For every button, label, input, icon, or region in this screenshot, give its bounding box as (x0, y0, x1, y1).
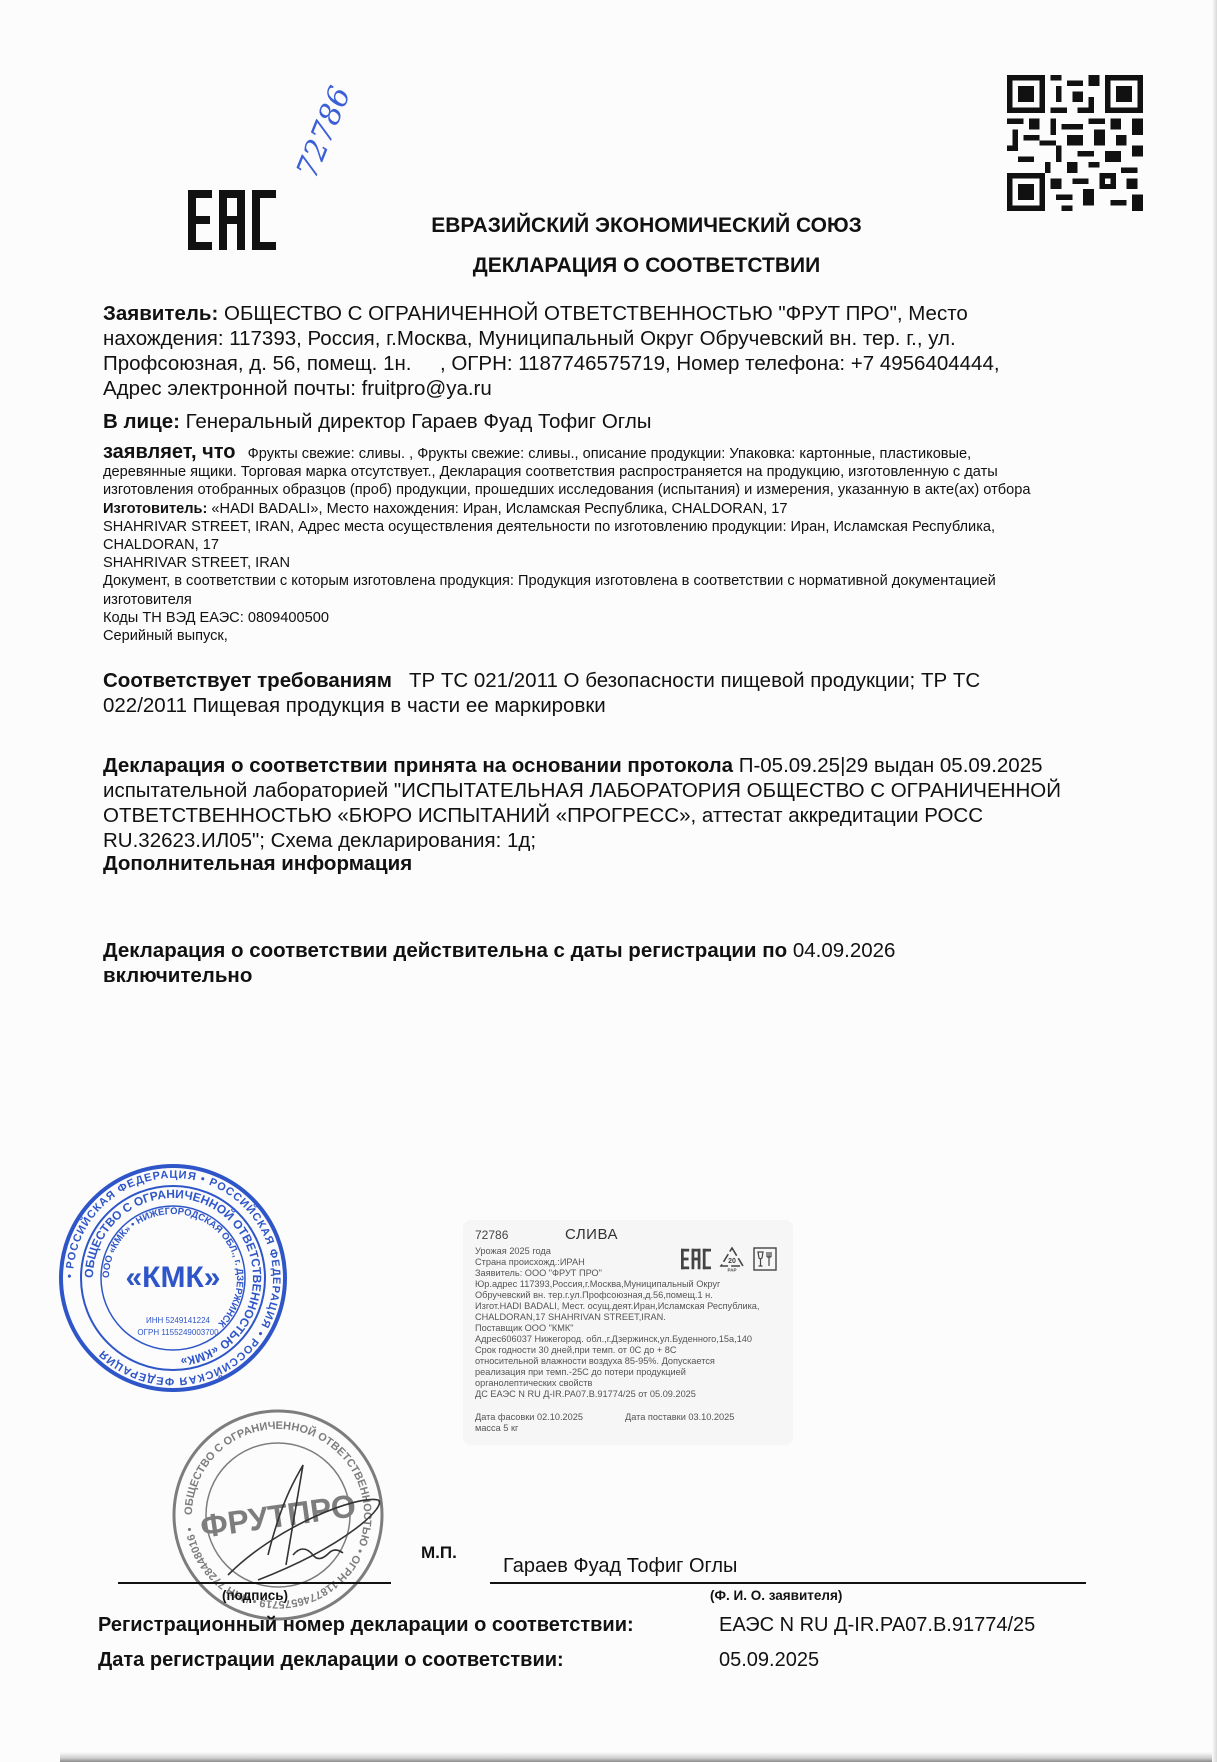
manufacturer-line: SHAHRIVAR STREET, IRAN, Адрес места осущ… (103, 518, 1133, 536)
validity-suffix: включительно (103, 963, 1103, 988)
label-line: Заявитель: ООО "ФРУТ ПРО" (475, 1268, 795, 1279)
label-delivery-date: Дата поставки 03.10.2025 (625, 1412, 734, 1423)
label-product-name: СЛИВА (565, 1229, 618, 1240)
manufacturer-line: CHALDORAN, 17 (103, 536, 1133, 554)
person-value: Генеральный директор Гараев Фуад Тофиг О… (180, 410, 652, 433)
declares-line: изготовления отобранных образцов (проб) … (103, 481, 1133, 499)
serial-release-line: Серийный выпуск, (103, 627, 1133, 645)
applicant-line: ОБЩЕСТВО С ОГРАНИЧЕННОЙ ОТВЕТСТВЕННОСТЬЮ… (218, 302, 967, 325)
label-line: Адрес606037 Нижегород. обл.,г.Дзержинск,… (475, 1334, 795, 1345)
declares-label: заявляет, что (103, 441, 236, 463)
label-line: Юр.адрес 117393,Россия,г.Москва,Муниципа… (475, 1279, 795, 1290)
applicant-line: Адрес электронной почты: fruitpro@ya.ru (103, 376, 1123, 401)
manufacturer-label: Изготовитель: (103, 501, 207, 517)
applicant-line: нахождения: 117393, Россия, г.Москва, Му… (103, 326, 1123, 351)
person-section: В лице: Генеральный директор Гараев Фуад… (103, 409, 1123, 434)
protocol-line: испытательной лабораторией "ИСПЫТАТЕЛЬНА… (103, 778, 1113, 803)
label-line: Обручевский вн. тер.г.ул.Профсоюзная,д.5… (475, 1290, 795, 1301)
label-lines: Урожая 2025 года Страна происхожд.:ИРАН … (475, 1246, 795, 1400)
product-label: 72786 СЛИВА 20 PAP Урожая 2025 года Стра… (463, 1220, 793, 1445)
declares-line: Фрукты свежие: сливы. , Фрукты свежие: с… (236, 446, 972, 462)
label-packing-date: Дата фасовки 02.10.2025 (475, 1412, 625, 1423)
scan-edge-bottom (60, 1752, 1217, 1762)
kmk-stamp-icon: • РОССИЙСКАЯ ФЕДЕРАЦИЯ • РОССИЙСКАЯ ФЕДЕ… (58, 1163, 288, 1393)
seal-place-mark: М.П. (421, 1543, 457, 1563)
declares-section: заявляет, что Фрукты свежие: сливы. , Фр… (103, 443, 1133, 645)
svg-text:ИНН 5249141224: ИНН 5249141224 (146, 1316, 211, 1325)
signer-name: Гараев Фуад Тофиг Оглы (503, 1555, 737, 1578)
protocol-line: ОТВЕТСТВЕННОСТЬЮ «БЮРО ИСПЫТАНИЙ «ПРОГРЕ… (103, 803, 1113, 828)
document-basis-line: изготовителя (103, 591, 1133, 609)
document-title: ДЕКЛАРАЦИЯ О СООТВЕТСТВИИ (0, 254, 1217, 278)
label-line: Изгот.HADI BADALI, Мест. осущ.деят.Иран,… (475, 1301, 795, 1312)
label-mass: масса 5 кг (475, 1423, 518, 1434)
applicant-label: Заявитель: (103, 302, 218, 325)
protocol-line: RU.32623.ИЛ05"; Схема декларирования: 1д… (103, 828, 1113, 853)
qr-code-icon (1007, 75, 1143, 211)
applicant-section: Заявитель: ОБЩЕСТВО С ОГРАНИЧЕННОЙ ОТВЕТ… (103, 301, 1123, 401)
name-caption: (Ф. И. О. заявителя) (710, 1588, 842, 1603)
label-line: CHALDORAN,17 SHAHRIVAN STREET,IRAN. (475, 1312, 795, 1323)
name-line (490, 1582, 1086, 1584)
document-basis-line: Документ, в соответствии с которым изгот… (103, 572, 1133, 590)
registration-number-value: ЕАЭС N RU Д-IR.РА07.В.91774/25 (719, 1614, 1035, 1637)
signature-caption: (подпись) (222, 1588, 288, 1603)
svg-text:ОГРН 1155249003700: ОГРН 1155249003700 (137, 1328, 219, 1337)
declares-line: деревянные ящики. Торговая марка отсутст… (103, 463, 1133, 481)
kmk-stamp: • РОССИЙСКАЯ ФЕДЕРАЦИЯ • РОССИЙСКАЯ ФЕДЕ… (58, 1163, 288, 1393)
label-line: Страна происхожд.:ИРАН (475, 1257, 795, 1268)
registration-date-value: 05.09.2025 (719, 1649, 819, 1672)
label-dates: Дата фасовки 02.10.2025 Дата поставки 03… (475, 1412, 795, 1423)
handwritten-number: 72786 (290, 82, 358, 184)
label-line: ДС ЕАЭС N RU Д-IR.РА07.В.91774/25 от 05.… (475, 1389, 795, 1400)
protocol-section: Декларация о соответствии принята на осн… (103, 753, 1113, 853)
conforms-label: Соответствует требованиям (103, 669, 392, 692)
validity-date: 04.09.2026 (787, 939, 895, 962)
protocol-label: Декларация о соответствии принята на осн… (103, 754, 733, 777)
registration-number-label: Регистрационный номер декларации о соотв… (98, 1614, 634, 1637)
union-heading: ЕВРАЗИЙСКИЙ ЭКОНОМИЧЕСКИЙ СОЮЗ (0, 214, 1217, 238)
label-number: 72786 (475, 1230, 508, 1241)
scan-edge-right (1212, 0, 1217, 1762)
manufacturer-line: SHAHRIVAR STREET, IRAN (103, 554, 1133, 572)
label-line: органолептических свойств (475, 1378, 795, 1389)
label-line: реализация при темп.-25С до потери проду… (475, 1367, 795, 1378)
validity-section: Декларация о соответствии действительна … (103, 938, 1103, 988)
label-line: относительной влажности воздуха 85-95%. … (475, 1356, 795, 1367)
signature-line (118, 1582, 391, 1584)
qr-code[interactable] (1007, 75, 1143, 211)
conforms-line: ТР ТС 021/2011 О безопасности пищевой пр… (392, 669, 980, 692)
applicant-line: Профсоюзная, д. 56, помещ. 1н. , ОГРН: 1… (103, 351, 1123, 376)
tnved-code-line: Коды ТН ВЭД ЕАЭС: 0809400500 (103, 609, 1133, 627)
label-line: Срок годности 30 дней,при темп. от 0С до… (475, 1345, 795, 1356)
manufacturer-line: «HADI BADALI», Место нахождения: Иран, И… (207, 501, 787, 517)
additional-info-heading: Дополнительная информация (103, 852, 412, 876)
label-line: Урожая 2025 года (475, 1246, 795, 1257)
validity-label: Декларация о соответствии действительна … (103, 939, 787, 962)
svg-text:«КМК»: «КМК» (126, 1261, 221, 1294)
person-label: В лице: (103, 410, 180, 433)
conforms-line: 022/2011 Пищевая продукция в части ее ма… (103, 693, 1103, 718)
label-line: Поставщик ООО "КМК" (475, 1323, 795, 1334)
conforms-section: Соответствует требованиям ТР ТС 021/2011… (103, 668, 1103, 718)
registration-date-label: Дата регистрации декларации о соответств… (98, 1649, 564, 1672)
protocol-number: П-05.09.25|29 выдан 05.09.2025 (733, 754, 1042, 777)
